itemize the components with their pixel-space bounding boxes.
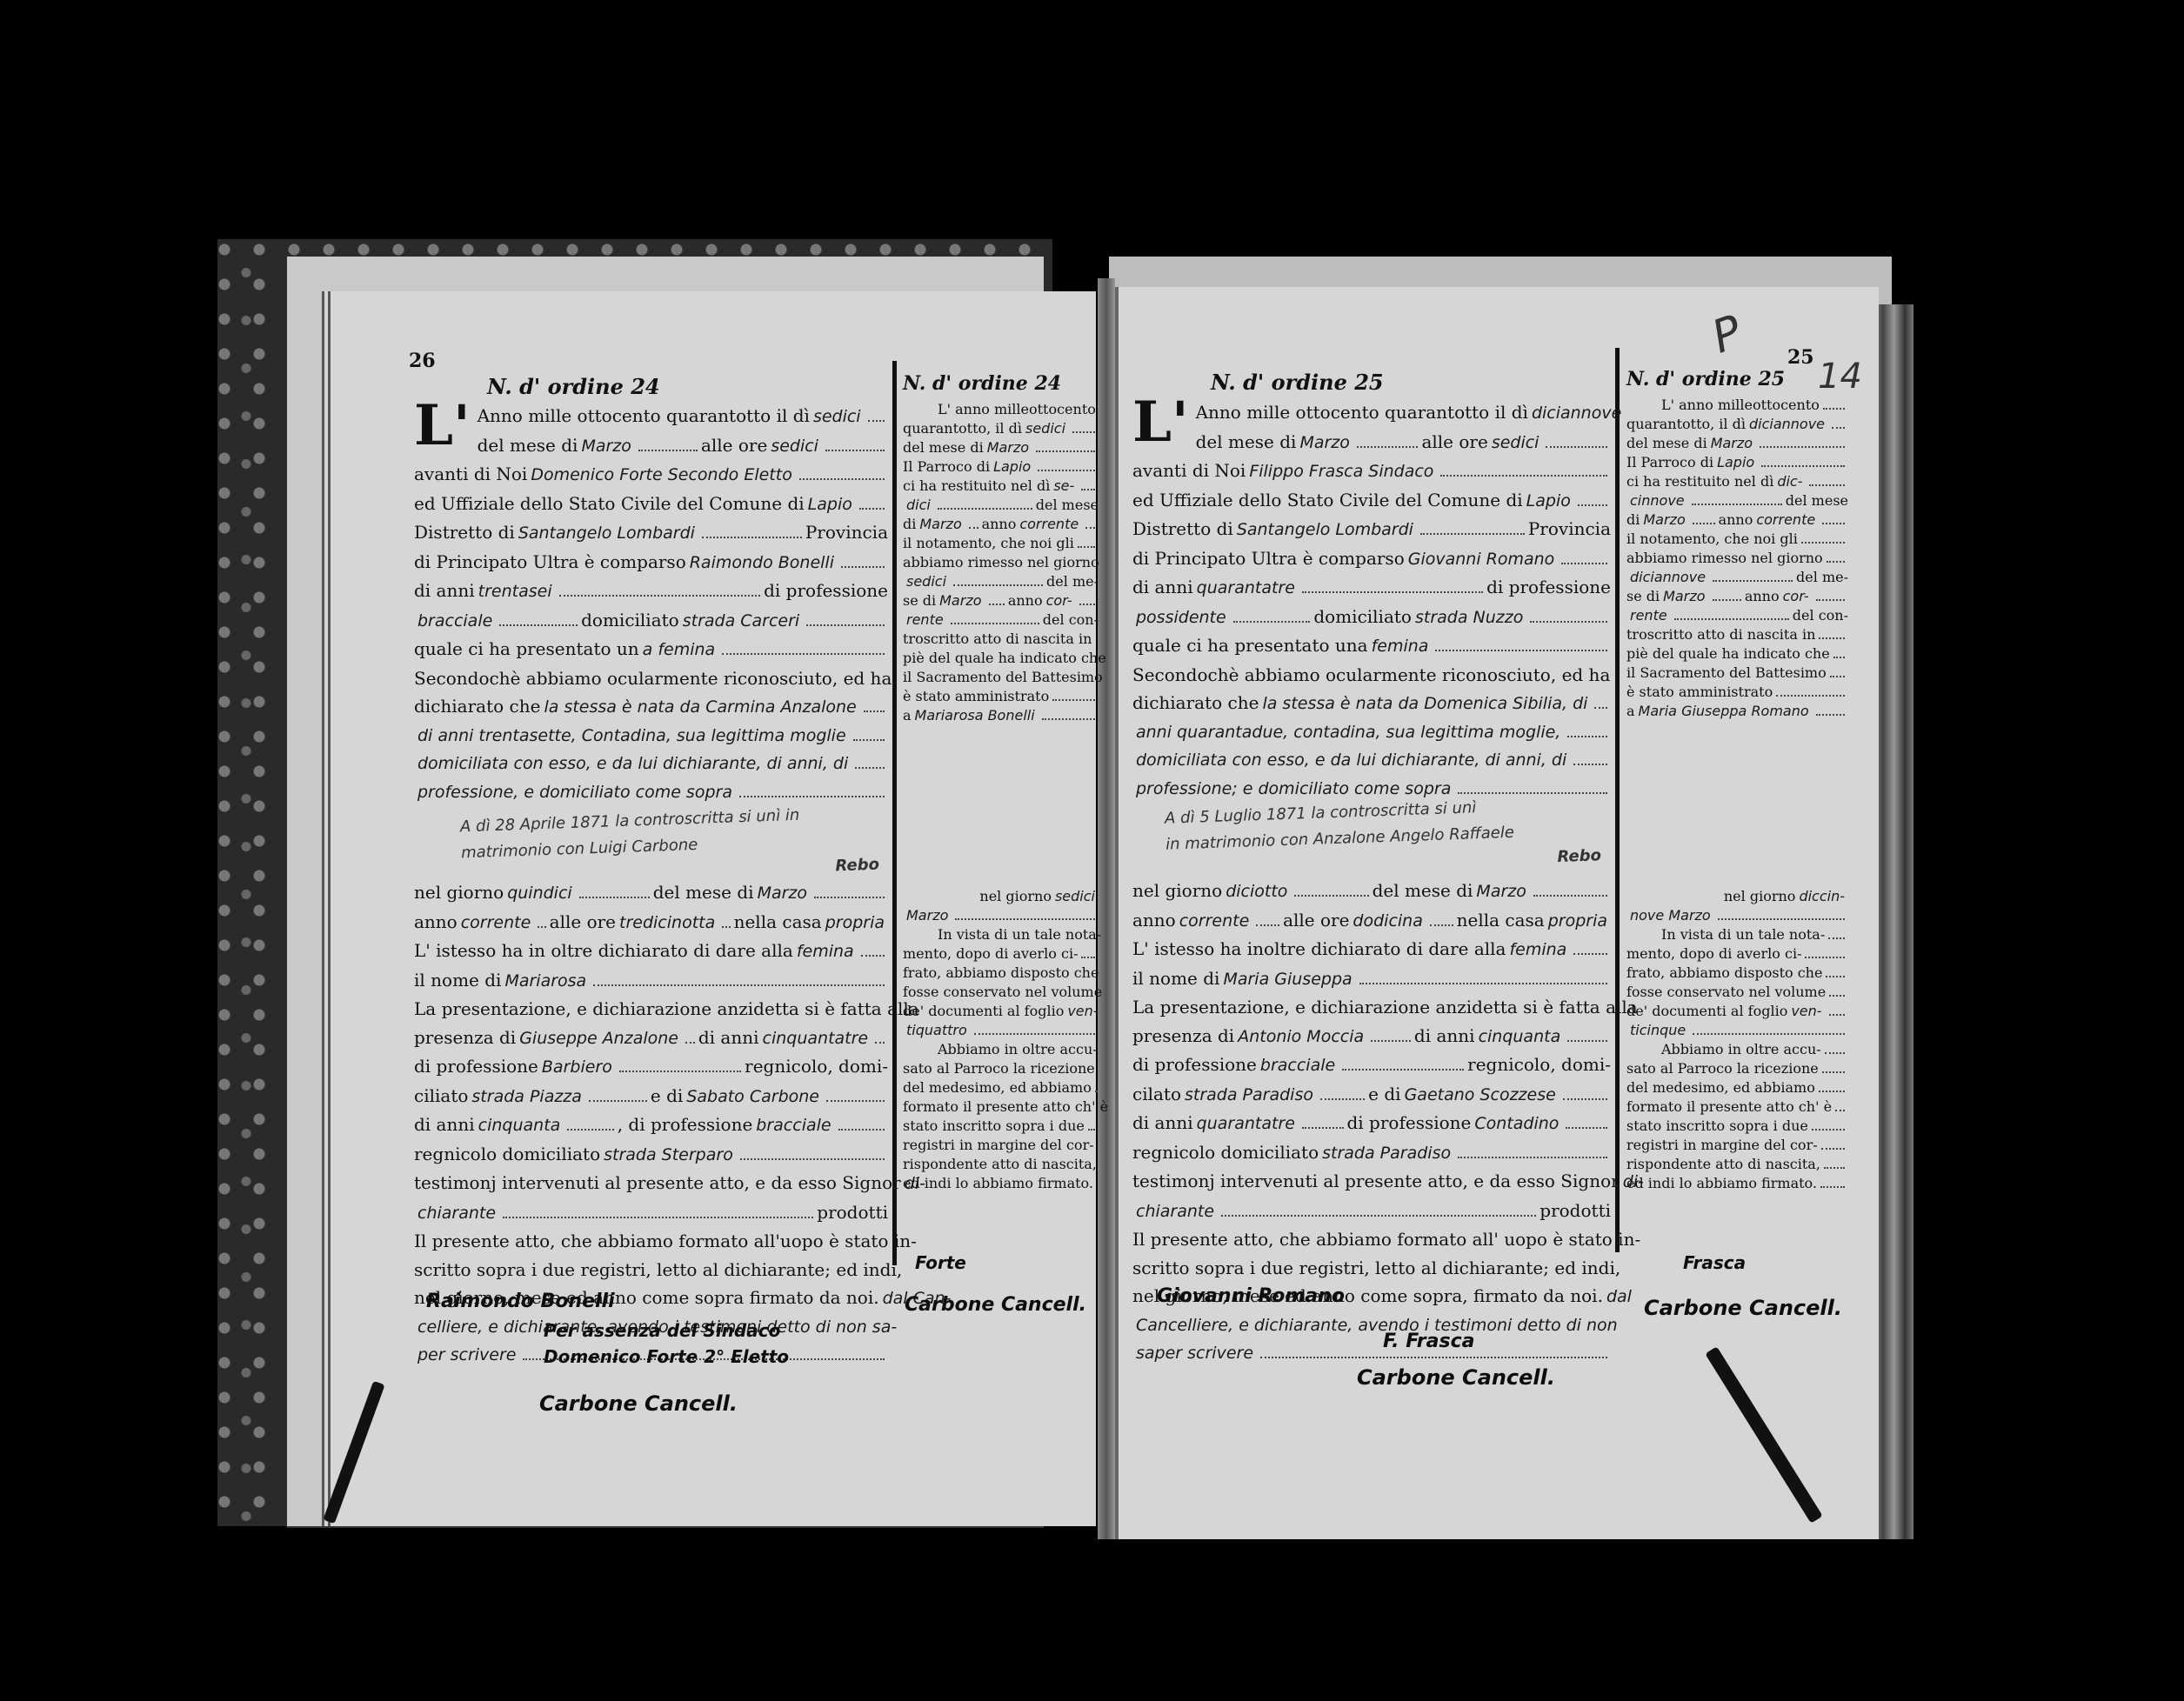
side-signature-chancellor: Carbone Cancell. (1644, 1296, 1842, 1320)
text-line: Cancelliere, e dichiarante, avendo i tes… (1132, 1311, 1611, 1340)
dotted-fill (855, 757, 885, 769)
printed-text: cilato (1132, 1080, 1181, 1109)
printed-text: Anno mille ottocento quarantotto il dì (1196, 398, 1528, 427)
printed-text: La presentazione, e dichiarazione anzide… (1132, 993, 1638, 1022)
handwritten-entry: trentasei (478, 577, 552, 606)
text-line: è stato amministrato (1626, 683, 1848, 702)
handwritten-entry: corrente (1179, 907, 1250, 936)
handwritten-entry: strada Carceri (683, 607, 800, 636)
printed-text: Secondochè abbiamo ocularmente riconosci… (1132, 661, 1610, 690)
dotted-fill (1693, 1024, 1845, 1035)
printed-text: del medesimo, ed abbiamo (903, 1078, 1092, 1097)
text-line: del medesimo, ed abbiamo (903, 1078, 1099, 1097)
handwritten-entry: domiciliata con esso, e da lui dichiaran… (417, 750, 848, 778)
printed-text: fosse conservato nel volume (1626, 983, 1826, 1002)
handwritten-entry: Maria Giuseppa Romano (1639, 702, 1809, 721)
text-line: Il Parroco diLapio (903, 457, 1099, 477)
record-title: N. d' ordine 25 (1211, 370, 1384, 395)
handwritten-entry: Maria Giuseppa (1223, 965, 1352, 994)
dotted-fill (1079, 595, 1095, 605)
side-record-25: N. d' ordine 25L' anno milleottocentoqua… (1626, 370, 1848, 721)
text-line: de' documenti al foglioven- (903, 1002, 1099, 1021)
handwritten-entry: sedici (813, 403, 861, 431)
handwritten-entry: diccin- (1799, 887, 1845, 906)
text-line: ed Uffiziale dello Stato Civile del Comu… (414, 490, 888, 519)
dotted-fill (799, 468, 885, 480)
handwritten-entry: dic- (1777, 472, 1802, 491)
drop-cap: L' (414, 402, 471, 450)
printed-text: e di (1368, 1080, 1400, 1109)
handwritten-entry: la stessa è nata da Carmina Anzalone (544, 693, 856, 722)
dotted-fill (1693, 514, 1715, 524)
handwritten-entry: sedici (1055, 887, 1095, 906)
handwritten-entry: la stessa è nata da Domenica Sibilia, di (1262, 690, 1587, 718)
handwritten-entry: Marzo (906, 906, 948, 925)
printed-text: del mese di (478, 431, 578, 460)
printed-text: è stato amministrato (903, 687, 1049, 706)
handwritten-entry: Marzo (758, 879, 807, 908)
handwritten-entry: cor- (1046, 591, 1072, 610)
dotted-fill (1036, 442, 1095, 452)
dotted-fill (953, 576, 1043, 586)
text-line: Secondochè abbiamo ocularmente riconosci… (1132, 661, 1611, 690)
dotted-fill (1078, 537, 1095, 548)
handwritten-entry: Lapio (1526, 487, 1571, 516)
dotted-fill (1561, 552, 1607, 564)
text-line: regnicolo domiciliatostrada Paradiso (1132, 1138, 1611, 1168)
text-line: nel giornosedici (903, 887, 1099, 906)
text-line: chiaranteprodotti (414, 1198, 888, 1228)
text-line: regnicolo domiciliatostrada Sterparo (414, 1140, 888, 1170)
dotted-fill (1718, 910, 1845, 920)
dotted-fill (841, 556, 885, 568)
handwritten-entry: rente (1630, 606, 1667, 625)
text-line: nove Marzo (1626, 906, 1848, 925)
text-line: ed indi lo abbiamo firmato. (903, 1174, 1099, 1193)
handwritten-entry: diciannove (1532, 399, 1621, 428)
dotted-fill (1566, 1117, 1607, 1129)
record-body-25: L'Anno mille ottocento quarantotto il dì… (1132, 398, 1611, 803)
dotted-fill (1823, 399, 1845, 410)
text-line: formato il presente atto ch' è (903, 1097, 1099, 1117)
dotted-fill (989, 595, 1005, 605)
text-line: cinnovedel mese (1626, 491, 1848, 510)
printed-text: di professione (1132, 1051, 1257, 1079)
handwritten-entry: diciotto (1226, 877, 1287, 906)
printed-text: nel giorno (414, 878, 504, 907)
printed-text: In vista di un tale nota- (938, 925, 1101, 944)
printed-text: Anno mille ottocento quarantotto il dì (478, 402, 810, 430)
record-title: N. d' ordine 24 (487, 374, 660, 399)
text-line: piè del quale ha indicato che (1626, 644, 1848, 664)
printed-text: formato il presente atto ch' è (1626, 1097, 1832, 1117)
printed-text: del mese di (653, 878, 754, 907)
side-record-24: N. d' ordine 24L' anno milleottocentoqua… (903, 374, 1099, 725)
text-line: il nome diMaria Giuseppa (1132, 964, 1611, 994)
handwritten-entry: propria (1548, 907, 1607, 936)
printed-text: del con- (1043, 610, 1099, 630)
dotted-fill (722, 643, 885, 655)
printed-text: nel giorno (1132, 877, 1222, 905)
text-line: Distretto diSantangelo LombardiProvincia (414, 518, 888, 548)
handwritten-entry: Mariarosa Bonelli (915, 706, 1035, 725)
handwritten-entry: Filippo Frasca Sindaco (1249, 457, 1433, 486)
text-line: aMariarosa Bonelli (903, 706, 1099, 725)
dotted-fill (861, 944, 885, 957)
printed-text: il nome di (1132, 964, 1219, 993)
text-line: braccialedomiciliatostrada Carceri (414, 606, 888, 636)
text-line: del mese diMarzoalle oresedici (1196, 428, 1611, 457)
dotted-fill (1359, 972, 1607, 984)
text-line: dichiarato chela stessa è nata da Domeni… (1132, 689, 1611, 718)
printed-text: In vista di un tale nota- (1661, 925, 1825, 944)
dotted-fill (1805, 948, 1845, 958)
printed-text: ci ha restituito nel dì (1626, 472, 1773, 491)
dotted-fill (1809, 476, 1845, 486)
text-line: rispondente atto di nascita, (1626, 1155, 1848, 1174)
printed-text: a (1626, 702, 1635, 721)
handwritten-entry: Lapio (993, 457, 1031, 477)
text-line: il notamento, che noi gli (903, 534, 1099, 553)
text-line: ed Uffiziale dello Stato Civile del Comu… (1132, 486, 1611, 516)
dotted-fill (579, 886, 650, 898)
text-line: quale ci ha presentato una femina (414, 635, 888, 664)
printed-text: presenza di (1132, 1022, 1234, 1051)
dotted-fill (685, 1031, 695, 1044)
printed-text: il notamento, che noi gli (903, 534, 1074, 553)
printed-text: Provincia (805, 518, 888, 547)
printed-text: mento, dopo di averlo ci- (1626, 944, 1801, 964)
dotted-fill (538, 916, 545, 928)
printed-text: del mese (1786, 491, 1848, 510)
text-line: quale ci ha presentato unafemina (1132, 631, 1611, 661)
handwritten-entry: Santangelo Lombardi (1237, 516, 1413, 544)
handwritten-entry: Marzo (987, 438, 1029, 457)
dotted-fill (951, 614, 1039, 624)
handwritten-entry: Giovanni Romano (1408, 545, 1555, 574)
handwritten-entry: Domenico Forte Secondo Eletto (531, 461, 792, 490)
dotted-fill (814, 886, 885, 898)
text-line: piè del quale ha indicato che (903, 649, 1099, 668)
dotted-fill (1458, 1146, 1607, 1158)
text-line: Il Parroco diLapio (1626, 453, 1848, 472)
handwritten-entry: Marzo (1663, 587, 1705, 606)
handwritten-entry: Lapio (808, 490, 852, 519)
text-line: ci ha restituito nel dìse- (903, 477, 1099, 496)
dotted-fill (853, 729, 885, 741)
handwritten-entry: anni quarantadue, contadina, sua legitti… (1136, 718, 1560, 747)
dotted-fill (1072, 423, 1095, 433)
printed-text: Il presente atto, che abbiamo formato al… (414, 1227, 917, 1256)
dotted-fill (559, 584, 761, 597)
dotted-fill (499, 614, 578, 626)
printed-text: è stato amministrato (1626, 683, 1773, 702)
handwritten-entry: Marzo (939, 591, 981, 610)
dotted-fill (806, 614, 885, 626)
text-line: L' anno milleottocento (903, 400, 1099, 419)
printed-text: Il Parroco di (1626, 453, 1713, 472)
text-line: nel giornoquindicidel mese diMarzo (414, 878, 888, 908)
printed-text: il nome di (414, 966, 501, 995)
printed-text: piè del quale ha indicato che (903, 649, 1106, 668)
printed-text: Secondochè abbiamo ocularmente riconosci… (414, 664, 892, 693)
dotted-fill (826, 1090, 885, 1102)
text-line: L' anno milleottocento (1626, 396, 1848, 415)
marriage-annotation: A dì 5 Luglio 1871 la controscritta si u… (1165, 790, 1602, 884)
text-line: anni quarantadue, contadina, sua legitti… (1132, 718, 1611, 747)
book-gutter (1098, 278, 1115, 1539)
dotted-fill (503, 1206, 813, 1218)
dotted-fill (825, 439, 885, 451)
dotted-fill (702, 526, 802, 538)
handwritten-entry: chiarante (417, 1199, 496, 1228)
printed-text: se di (1626, 587, 1660, 606)
handwritten-entry: possidente (1136, 604, 1226, 632)
text-line: cilatostrada Paradisoe diGaetano Scozzes… (1132, 1080, 1611, 1110)
text-line: In vista di un tale nota- (1626, 925, 1848, 944)
handwritten-entry: diciannove (1749, 415, 1825, 434)
text-line: presenza diGiuseppe Anzalonedi annicinqu… (414, 1024, 888, 1053)
printed-text: del me- (1046, 572, 1099, 591)
handwritten-entry: per scrivere (417, 1341, 516, 1370)
printed-text: dichiarato che (1132, 689, 1259, 717)
handwritten-entry: tiquattro (906, 1021, 967, 1040)
handwritten-entry: sedici (906, 572, 946, 591)
printed-text: dichiarato che (414, 692, 540, 721)
printed-text: del medesimo, ed abbiamo (1626, 1078, 1815, 1097)
printed-text: testimonj intervenuti al presente atto, … (1132, 1167, 1620, 1196)
dotted-fill (619, 1060, 741, 1072)
text-line: chiaranteprodotti (1132, 1197, 1611, 1226)
dotted-fill (1828, 929, 1845, 939)
text-line: quarantotto, il dìdiciannove (1626, 415, 1848, 434)
text-line: sedicidel me- (903, 572, 1099, 591)
printed-text: regnicolo domiciliato (1132, 1138, 1319, 1167)
text-line: di anniquarantatredi professione (1132, 573, 1611, 603)
text-line: del mese diMarzo (903, 438, 1099, 457)
dotted-fill (1835, 1101, 1845, 1111)
text-line: del mese diMarzo (1626, 434, 1848, 453)
text-line: possidentedomiciliatostrada Nuzzo (1132, 603, 1611, 632)
printed-text: mento, dopo di averlo ci- (903, 944, 1078, 964)
dotted-fill (1821, 1139, 1845, 1150)
printed-text: di (903, 515, 916, 534)
dotted-fill (1674, 610, 1789, 620)
dotted-fill (1832, 418, 1845, 429)
dotted-fill (740, 1148, 885, 1160)
printed-text: ed indi lo abbiamo firmato. (1626, 1174, 1817, 1193)
handwritten-entry: a femina (643, 636, 716, 664)
dotted-fill (1081, 480, 1095, 490)
dotted-fill (969, 518, 978, 529)
printed-text: di professione (764, 577, 888, 605)
column-divider (892, 361, 897, 1265)
printed-text: rispondente atto di nascita, (903, 1155, 1097, 1174)
text-line: L' istesso ha in oltre dichiarato di dar… (414, 937, 888, 966)
handwritten-entry: se- (1053, 477, 1074, 496)
text-line: il Sacramento del Battesimo (1626, 664, 1848, 683)
printed-text: stato inscritto sopra i due (1626, 1117, 1808, 1136)
handwritten-entry: Marzo (919, 515, 961, 534)
printed-text: Provincia (1528, 515, 1611, 544)
printed-text: ci ha restituito nel dì (903, 477, 1050, 496)
printed-text: frato, abbiamo disposto che (903, 964, 1099, 983)
dotted-fill (1573, 753, 1607, 765)
text-line: diMarzoannocorrente (1626, 510, 1848, 530)
printed-text: nel giorno (1724, 887, 1796, 906)
handwritten-entry: quarantatre (1197, 1110, 1295, 1138)
text-line: testimonj intervenuti al presente atto, … (414, 1169, 888, 1198)
dotted-fill (838, 1118, 885, 1131)
printed-text: regnicolo, domi- (1467, 1051, 1611, 1079)
printed-text: N. d' ordine 24 (903, 374, 1061, 393)
printed-text: L' istesso ha in oltre dichiarato di dar… (414, 937, 793, 965)
printed-text: ciliato (414, 1082, 468, 1111)
printed-text: di anni (1132, 573, 1193, 602)
printed-text: Abbiamo in oltre accu- (938, 1040, 1098, 1059)
text-line: diciannovedel me- (1626, 568, 1848, 587)
printed-text: quarantotto, il dì (903, 419, 1022, 438)
page-number: 26 (409, 350, 436, 372)
text-line: del mese diMarzoalle oresedici (478, 431, 888, 461)
printed-text: rispondente atto di nascita, (1626, 1155, 1820, 1174)
text-line: stato inscritto sopra i due (903, 1117, 1099, 1136)
printed-text: del me- (1796, 568, 1848, 587)
printed-text: di anni (414, 577, 475, 605)
printed-text: di anni (1132, 1109, 1193, 1137)
printed-text: L' anno milleottocento (938, 400, 1096, 419)
signature-declarant: Raimondo Bonelli (426, 1291, 615, 1312)
printed-text: scritto sopra i due registri, letto al d… (414, 1256, 902, 1284)
printed-text: troscritto atto di nascita in (903, 630, 1092, 649)
text-line: In vista di un tale nota- (903, 925, 1099, 944)
handwritten-entry: quarantatre (1197, 574, 1295, 603)
text-line: Marzo (903, 906, 1099, 925)
handwritten-entry: strada Sterparo (604, 1141, 733, 1170)
text-line: testimonj intervenuti al presente atto, … (1132, 1167, 1611, 1197)
text-line: ticinque (1626, 1021, 1848, 1040)
side-signature-chancellor: Carbone Cancell. (905, 1294, 1086, 1316)
handwritten-entry: di anni trentasette, Contadina, sua legi… (417, 722, 846, 750)
handwritten-entry: Marzo (1476, 877, 1526, 906)
dotted-fill (1594, 697, 1607, 709)
handwritten-entry: bracciale (756, 1111, 831, 1140)
printed-text: del con- (1793, 606, 1848, 625)
printed-text: di anni (698, 1024, 759, 1052)
handwritten-entry: diciannove (1630, 568, 1706, 587)
dotted-fill (1819, 629, 1845, 639)
text-line: registri in margine del cor- (903, 1136, 1099, 1155)
handwritten-entry: femina (797, 937, 854, 966)
dotted-fill (1088, 1120, 1095, 1131)
text-line: presenza diAntonio Mocciadi annicinquant… (1132, 1022, 1611, 1051)
dotted-fill (955, 910, 1095, 920)
handwritten-entry: strada Paradiso (1322, 1139, 1451, 1168)
printed-text: abbiamo rimesso nel giorno (1626, 549, 1823, 568)
handwritten-entry: ticinque (1630, 1021, 1686, 1040)
printed-text: sato al Parroco la ricezione (1626, 1059, 1819, 1078)
handwritten-entry: Cancelliere, e dichiarante, avendo i tes… (1136, 1311, 1618, 1340)
text-line: domiciliata con esso, e da lui dichiaran… (414, 750, 888, 778)
printed-text: a (903, 706, 912, 725)
handwritten-entry: Contadino (1474, 1110, 1559, 1138)
side-record-24-continued: nel giornosediciMarzoIn vista di un tale… (903, 887, 1099, 1193)
text-line: Il presente atto, che abbiamo formato al… (414, 1227, 888, 1256)
printed-text: scritto sopra i due registri, letto al d… (1132, 1254, 1620, 1283)
text-line: La presentazione, e dichiarazione anzide… (414, 995, 888, 1024)
handwritten-entry: Sabato Carbone (686, 1083, 819, 1111)
dotted-fill (589, 1090, 647, 1102)
drop-cap: L' (1132, 398, 1189, 447)
text-line: Anno mille ottocento quarantotto il dìse… (478, 402, 888, 431)
handwritten-entry: dal (1606, 1283, 1632, 1311)
dotted-fill (1824, 1158, 1845, 1169)
text-line: registri in margine del cor- (1626, 1136, 1848, 1155)
handwritten-entry: cinquantatre (763, 1024, 869, 1053)
dotted-fill (1042, 710, 1095, 720)
dotted-fill (1819, 1082, 1845, 1092)
dotted-fill (1825, 1044, 1845, 1054)
handwritten-entry: propria (825, 909, 885, 937)
printed-text: fosse conservato nel volume (903, 983, 1102, 1002)
printed-text: quale ci ha presentato un (414, 635, 639, 664)
printed-text: Il presente atto, che abbiamo formato al… (1132, 1225, 1640, 1254)
dotted-fill (593, 974, 885, 986)
dotted-fill (1829, 986, 1845, 997)
dotted-fill (868, 410, 885, 422)
printed-text: di professione (1486, 573, 1611, 602)
text-line: di annicinquanta, di professionebraccial… (414, 1111, 888, 1140)
printed-text: troscritto atto di nascita in (1626, 625, 1815, 644)
dotted-fill (1830, 667, 1845, 677)
text-line: troscritto atto di nascita in (903, 630, 1099, 649)
printed-text: sato al Parroco la ricezione (903, 1059, 1095, 1078)
text-line: scritto sopra i due registri, letto al d… (414, 1256, 888, 1284)
printed-text: , di professione (618, 1111, 753, 1139)
side-record-25-continued: nel giornodiccin-nove MarzoIn vista di u… (1626, 887, 1848, 1193)
signature-elected: Domenico Forte 2° Eletto (544, 1346, 789, 1367)
printed-text: anno (982, 515, 1017, 534)
text-line: è stato amministrato (903, 687, 1099, 706)
handwritten-entry: ven- (1791, 1002, 1821, 1021)
handwritten-entry: cinnove (1630, 491, 1685, 510)
text-line: nel giornodiccin- (1626, 887, 1848, 906)
printed-text: alle ore (550, 908, 616, 937)
dotted-fill (567, 1118, 613, 1131)
text-line: frato, abbiamo disposto che (1626, 964, 1848, 983)
printed-text: quarantotto, il dì (1626, 415, 1746, 434)
text-line: tiquattro (903, 1021, 1099, 1040)
text-line: aMaria Giuseppa Romano (1626, 702, 1848, 721)
printed-text: abbiamo rimesso nel giorno (903, 553, 1099, 572)
handwritten-entry: cinquanta (478, 1111, 561, 1140)
signature-mayor-absence: Per assenza del Sindaco (544, 1320, 780, 1341)
text-line: mento, dopo di averlo ci- (903, 944, 1099, 964)
printed-text: il Sacramento del Battesimo (1626, 664, 1827, 683)
handwritten-entry: corrente (461, 909, 531, 937)
handwritten-entry: domiciliata con esso, e da lui dichiaran… (1136, 746, 1566, 775)
dotted-fill (1085, 518, 1095, 529)
printed-text: formato il presente atto ch' è (903, 1097, 1108, 1117)
text-line: di annitrentaseidi professione (414, 577, 888, 606)
handwritten-entry: corrente (1019, 515, 1079, 534)
dotted-fill (1822, 514, 1845, 524)
signature-declarant: Giovanni Romano (1157, 1285, 1345, 1307)
handwritten-entry: Gaetano Scozzese (1405, 1081, 1556, 1110)
printed-text: L' istesso ha inoltre dichiarato di dare… (1132, 935, 1506, 964)
dotted-fill (739, 785, 885, 797)
dotted-fill (1816, 590, 1845, 601)
